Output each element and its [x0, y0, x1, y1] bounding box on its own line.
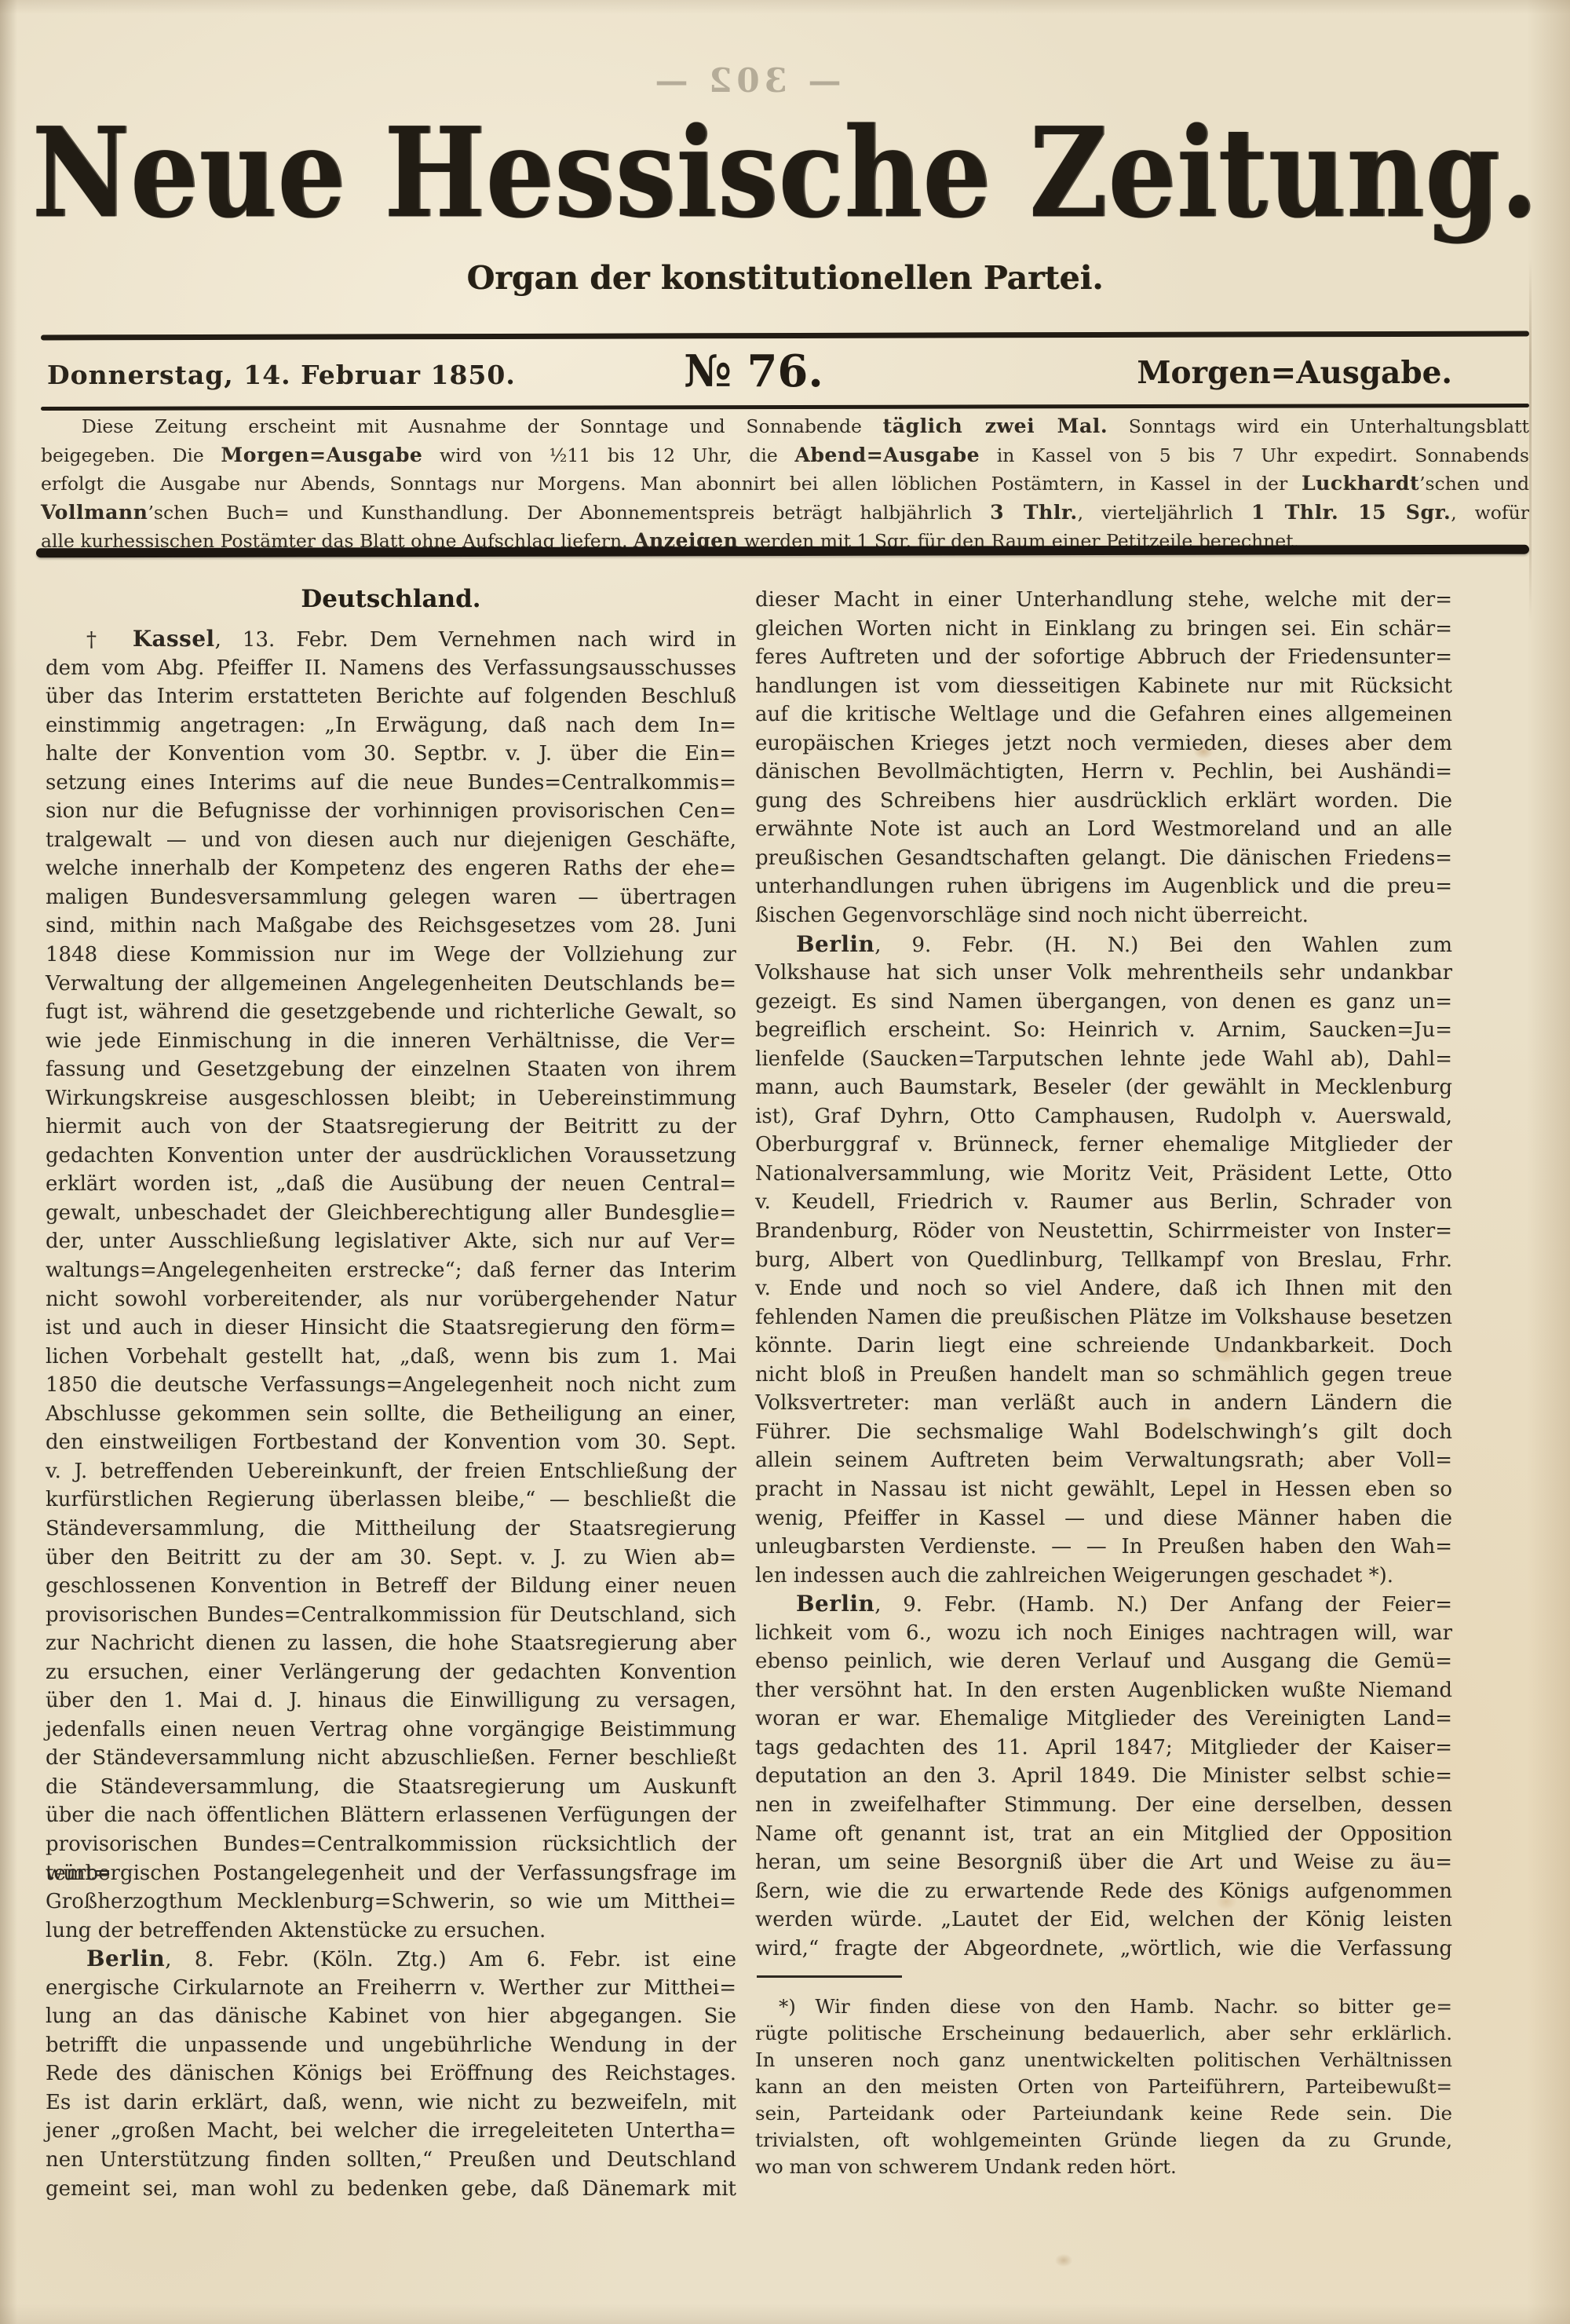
text-line: halte der Konvention vom 30. Septbr. v. … [46, 740, 736, 769]
text-line: über das Interim erstatteten Berichte au… [46, 682, 736, 711]
newspaper-page: — 302 — Neue Hessische Zeitung. Organ de… [0, 0, 1570, 2324]
text-line: betrifft die unpassende und ungebührlich… [46, 2031, 736, 2060]
text-line: die Ständeversammlung, die Staatsregieru… [46, 1773, 736, 1802]
text-line: dem vom Abg. Pfeiffer II. Namens des Ver… [46, 654, 736, 683]
text-line: lichen Vorbehalt gestellt hat, „daß, wen… [46, 1343, 736, 1372]
text-line: zur Nachricht dienen zu lassen, die hohe… [46, 1629, 736, 1658]
text-line: wenig, Pfeiffer in Kassel — und diese Mä… [755, 1504, 1452, 1533]
text-line: gewalt, unbeschadet der Gleichberechtigu… [46, 1199, 736, 1228]
footnote-divider-rule [757, 1975, 902, 1978]
text-line: lung der betreffenden Aktenstücke zu ers… [46, 1917, 736, 1946]
text-line: 1848 diese Kommission nur im Wege der Vo… [46, 941, 736, 970]
text-line: nicht sowohl vorbereitender, als nur vor… [46, 1285, 736, 1314]
text-line: nen in zweifelhafter Stimmung. Der eine … [755, 1791, 1452, 1820]
text-line: der Ständeversammlung nicht abzuschließe… [46, 1744, 736, 1773]
text-line: geschlossenen Konvention in Betreff der … [46, 1572, 736, 1601]
text-line: gleichen Worten nicht in Einklang zu bri… [755, 615, 1452, 644]
text-line: über die nach öffentlichen Blättern erla… [46, 1801, 736, 1830]
text-line: pracht in Nassau ist nicht gewählt, Lepe… [755, 1475, 1452, 1504]
text-line: ist und auch in dieser Hinsicht die Staa… [46, 1314, 736, 1343]
text-line: wird,“ fragte der Abgeordnete, „wörtlich… [755, 1935, 1452, 1964]
article-berlin-9feb-hambn-paragraph: Berlin, 9. Febr. (Hamb. N.) Der Anfang d… [755, 1590, 1452, 1963]
text-line: tembergischen Postangelegenheit und der … [46, 1859, 736, 1888]
text-line: einstimmig angetragen: „In Erwägung, daß… [46, 711, 736, 740]
text-line: fassung und Gesetzgebung der einzelnen S… [46, 1055, 736, 1084]
text-line: lung an das dänische Kabinet von hier ab… [46, 2002, 736, 2031]
text-line: sion nur die Befugnisse der vorhinnigen … [46, 797, 736, 826]
text-line: Vollmann’schen Buch= und Kunsthandlung. … [41, 501, 1529, 530]
text-line: zu ersuchen, einer Verlängerung der geda… [46, 1658, 736, 1687]
text-line: deputation an den 3. April 1849. Die Min… [755, 1762, 1452, 1791]
text-line: kann an den meisten Orten von Parteiführ… [755, 2074, 1452, 2100]
text-line: Berlin, 9. Febr. (Hamb. N.) Der Anfang d… [755, 1590, 1452, 1619]
text-line: unleugbarsten Verdienste. — — In Preußen… [755, 1533, 1452, 1562]
article-kassel-paragraph: † Kassel, 13. Febr. Dem Vernehmen nach w… [46, 625, 736, 1945]
text-line: Wirkungskreise ausgeschlossen bleibt; in… [46, 1084, 736, 1113]
bleed-through-page-number: — 302 — [612, 61, 879, 100]
text-line: erwähnte Note ist auch an Lord Westmorel… [755, 815, 1452, 844]
text-line: jedenfalls einen neuen Vertrag ohne vorg… [46, 1716, 736, 1745]
text-line: dieser Macht in einer Unterhandlung steh… [755, 586, 1452, 615]
text-line: beigegeben. Die Morgen=Ausgabe wird von … [41, 444, 1529, 473]
text-line: erfolgt die Ausgabe nur Abends, Sonntags… [41, 472, 1529, 501]
text-line: burg, Albert von Quedlinburg, Tellkampf … [755, 1246, 1452, 1275]
text-line: woran er war. Ehemalige Mitglieder des V… [755, 1705, 1452, 1734]
text-line: welche innerhalb der Kompetenz des enger… [46, 854, 736, 883]
text-line: waltungs=Angelegenheiten erstrecke“; daß… [46, 1256, 736, 1285]
imprint-paragraph: Diese Zeitung erscheint mit Ausnahme der… [41, 415, 1529, 558]
article-berlin-8feb-paragraph: Berlin, 8. Febr. (Köln. Ztg.) Am 6. Febr… [46, 1945, 736, 2203]
text-line: sind, mithin nach Maßgabe des Reichsgese… [46, 912, 736, 941]
text-line: begreiflich erscheint. So: Heinrich v. A… [755, 1016, 1452, 1045]
text-line: ebenso peinlich, wie deren Verlauf und A… [755, 1647, 1452, 1676]
text-line: unterhandlungen ruhen übrigens im Augenb… [755, 872, 1452, 901]
top-divider-rule [41, 331, 1529, 341]
text-line: Großherzogthum Mecklenburg=Schwerin, so … [46, 1887, 736, 1917]
dateline-date: Donnerstag, 14. Februar 1850. [47, 360, 516, 390]
footnote-paragraph: *) Wir finden diese von den Hamb. Nachr.… [755, 1993, 1452, 2180]
text-line: gemeint sei, man wohl zu bedenken gebe, … [46, 2175, 736, 2204]
text-line: tralgewalt — und von diesen auch nur die… [46, 826, 736, 855]
right-column: dieser Macht in einer Unterhandlung steh… [755, 586, 1452, 2180]
text-line: ßern, wie die zu erwartende Rede des Kön… [755, 1877, 1452, 1906]
text-line: mann, auch Baumstark, Beseler (der gewäh… [755, 1073, 1452, 1102]
text-line: jener „großen Macht, bei welcher die irr… [46, 2117, 736, 2146]
text-line: kurfürstlichen Regierung überlassen blei… [46, 1485, 736, 1515]
text-line: Ständeversammlung, die Mittheilung der S… [46, 1515, 736, 1544]
left-column: Deutschland. † Kassel, 13. Febr. Dem Ver… [46, 583, 736, 2203]
text-line: gung des Schreibens hier ausdrücklich er… [755, 787, 1452, 816]
text-line: Es ist darin erklärt, daß, wenn, wie nic… [46, 2088, 736, 2118]
text-line: gedachten Konvention unter der ausdrückl… [46, 1142, 736, 1171]
text-line: könnte. Darin liegt eine schreiende Unda… [755, 1332, 1452, 1361]
text-line: der, unter Ausschließung legislativer Ak… [46, 1227, 736, 1256]
text-line: feres Auftreten und der sofortige Abbruc… [755, 643, 1452, 672]
text-line: sein, Parteidank oder Parteiundank keine… [755, 2100, 1452, 2127]
text-line: len indessen auch die zahlreichen Weiger… [755, 1562, 1452, 1591]
text-line: lienfelde (Saucken=Tarputschen lehnte je… [755, 1045, 1452, 1074]
text-line: rügte politische Erscheinung bedauerlich… [755, 2020, 1452, 2047]
text-line: europäischen Krieges jetzt noch vermiede… [755, 729, 1452, 758]
text-line: werden würde. „Lautet der Eid, welchen d… [755, 1906, 1452, 1935]
text-line: Oberburggraf v. Brünneck, ferner ehemali… [755, 1131, 1452, 1160]
article-continuation-paragraph: dieser Macht in einer Unterhandlung steh… [755, 586, 1452, 930]
text-line: handlungen ist vom diesseitigen Kabinete… [755, 672, 1452, 701]
text-line: † Kassel, 13. Febr. Dem Vernehmen nach w… [46, 625, 736, 654]
paper-crease [1529, 259, 1532, 620]
text-line: Nationalversammlung, wie Moritz Veit, Pr… [755, 1160, 1452, 1189]
text-line: gezeigt. Es sind Namen übergangen, von d… [755, 988, 1452, 1017]
text-line: Name oft genannt ist, trat an ein Mitgli… [755, 1820, 1452, 1849]
text-line: setzung eines Interims auf die neue Bund… [46, 769, 736, 798]
text-line: wo man von schwerem Undank reden hört. [755, 2154, 1452, 2180]
text-line: den einstweiligen Fortbestand der Konven… [46, 1428, 736, 1457]
text-line: erklärt worden ist, „daß die Ausübung de… [46, 1170, 736, 1199]
text-line: lichkeit vom 6., wozu ich noch Einiges n… [755, 1619, 1452, 1648]
text-line: v. Keudell, Friedrich v. Raumer aus Berl… [755, 1188, 1452, 1217]
masthead-title: Neue Hessische Zeitung. [24, 100, 1546, 247]
text-line: wie jede Einmischung in die inneren Verh… [46, 1027, 736, 1056]
text-line: maligen Bundesversammlung gelegen waren … [46, 883, 736, 912]
text-line: fugt ist, während die gesetzgebende und … [46, 998, 736, 1027]
edition-label: Morgen=Ausgabe. [1099, 355, 1452, 391]
text-line: preußischen Gesandtschaften gelangt. Die… [755, 844, 1452, 873]
text-line: ßischen Gegenvorschläge sind noch nicht … [755, 901, 1452, 930]
masthead-subtitle: Organ der konstitutionellen Partei. [0, 259, 1570, 297]
text-line: trivialsten, oft wohlgemeinten Gründe li… [755, 2127, 1452, 2154]
text-line: Diese Zeitung erscheint mit Ausnahme der… [41, 415, 1529, 444]
text-line: v. Ende und noch so viel Andere, daß ich… [755, 1274, 1452, 1303]
text-line: Abschlusse gekommen sein sollte, die Bet… [46, 1400, 736, 1429]
text-line: Führer. Die sechsmalige Wahl Bodelschwin… [755, 1418, 1452, 1447]
text-line: hiermit auch von der Staatsregierung der… [46, 1113, 736, 1142]
text-line: In unseren noch ganz unentwickelten poli… [755, 2047, 1452, 2074]
text-line: dänischen Bevollmächtigten, Herrn v. Pec… [755, 758, 1452, 787]
text-line: fehlenden Namen die preußischen Plätze i… [755, 1303, 1452, 1332]
text-line: Verwaltung der allgemeinen Angelegenheit… [46, 970, 736, 999]
mid-divider-rule [41, 404, 1529, 411]
text-line: allein seinem Auftreten beim Verwaltungs… [755, 1446, 1452, 1475]
text-line: ist), Graf Dyhrn, Otto Camphausen, Rudol… [755, 1102, 1452, 1131]
text-line: auf die kritische Weltlage und die Gefah… [755, 700, 1452, 729]
paper-stain-spot [1052, 2252, 1075, 2269]
text-line: Rede des dänischen Königs bei Eröffnung … [46, 2059, 736, 2088]
text-line: Berlin, 9. Febr. (H. N.) Bei den Wahlen … [755, 930, 1452, 959]
text-line: *) Wir finden diese von den Hamb. Nachr.… [755, 1993, 1452, 2020]
text-line: v. J. betreffenden Uebereinkunft, der fr… [46, 1457, 736, 1486]
text-line: ther versöhnt hat. In den ersten Augenbl… [755, 1676, 1452, 1705]
text-line: nicht bloß in Preußen handelt man so sch… [755, 1361, 1452, 1390]
text-line: energische Cirkularnote an Freiherrn v. … [46, 1974, 736, 2003]
text-line: über den Beitritt zu der am 30. Sept. v.… [46, 1544, 736, 1573]
text-line: tags gedachten des 11. April 1847; Mitgl… [755, 1734, 1452, 1763]
text-line: Brandenburg, Röder von Neustettin, Schir… [755, 1217, 1452, 1246]
text-line: 1850 die deutsche Verfassungs=Angelegenh… [46, 1371, 736, 1400]
section-heading-germany: Deutschland. [46, 583, 736, 616]
text-line: Berlin, 8. Febr. (Köln. Ztg.) Am 6. Febr… [46, 1945, 736, 1974]
text-line: Volkshause hat sich unser Volk mehrenthe… [755, 959, 1452, 988]
text-line: über den 1. Mai d. J. hinaus die Einwill… [46, 1686, 736, 1716]
text-line: heran, um seine Besorgniß über die Art u… [755, 1848, 1452, 1877]
text-line: Volksvertreter: man verläßt auch in ande… [755, 1389, 1452, 1418]
text-line: provisorischen Bundes=Centralkommission … [46, 1601, 736, 1630]
text-line: provisorischen Bundes=Centralkommission … [46, 1830, 736, 1859]
text-line: nen Unterstützung finden sollten,“ Preuß… [46, 2146, 736, 2175]
issue-number: № 76. [636, 345, 871, 397]
article-berlin-9feb-hn-paragraph: Berlin, 9. Febr. (H. N.) Bei den Wahlen … [755, 930, 1452, 1591]
